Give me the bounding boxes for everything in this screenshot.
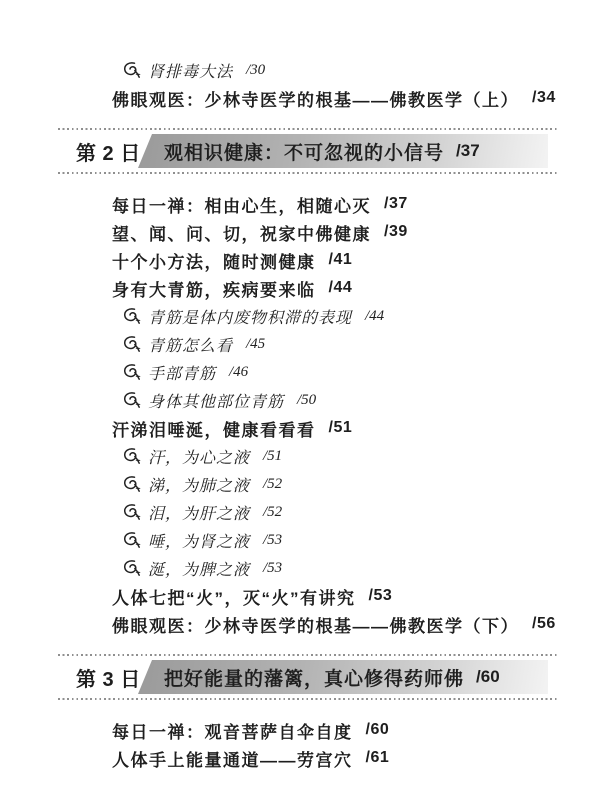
swirl-flower-icon	[122, 447, 144, 465]
sub-entry-title: 汗，为心之液	[148, 445, 250, 468]
entry-title: 汗涕泪唾涎，健康看看看	[112, 416, 316, 441]
toc-entry: 人体手上能量通道——劳宫穴 /61	[112, 744, 600, 772]
toc-sub-entry: 唾，为肾之液 /53	[122, 526, 600, 554]
entry-page-number: /34	[532, 89, 556, 107]
toc-sub-entry: 青筋怎么看 /45	[122, 330, 600, 358]
section-header-body: 第 2 日 观相识健康：不可忽视的小信号 /37	[58, 134, 558, 168]
entry-page-number: /37	[384, 195, 408, 213]
section-day-label: 第 3 日	[58, 660, 138, 694]
sub-entry-page-number: /52	[263, 504, 282, 521]
entry-page-number: /41	[329, 251, 353, 269]
entry-page-number: /61	[366, 749, 390, 767]
swirl-flower-icon	[122, 475, 144, 493]
swirl-flower-icon	[122, 335, 144, 353]
toc-page: 肾排毒大法 /30 佛眼观医：少林寺医学的根基——佛教医学（上） /34 第 2…	[0, 0, 600, 800]
entry-page-number: /53	[369, 587, 393, 605]
entry-title: 望、闻、问、切，祝家中佛健康	[112, 220, 371, 245]
toc-sub-entry: 手部青筋 /46	[122, 358, 600, 386]
swirl-flower-icon	[122, 363, 144, 381]
entry-title: 每日一禅：观音菩萨自伞自度	[112, 718, 353, 743]
sub-entry-title: 唾，为肾之液	[148, 529, 250, 552]
entry-page-number: /51	[329, 419, 353, 437]
dotted-rule-top	[58, 128, 558, 130]
entry-page-number: /56	[532, 615, 556, 633]
sub-entry-page-number: /53	[263, 532, 282, 549]
sub-entry-page-number: /50	[297, 392, 316, 409]
sub-entry-page-number: /53	[263, 560, 282, 577]
dotted-rule-bottom	[58, 172, 558, 174]
sub-entry-title: 手部青筋	[148, 361, 216, 384]
swirl-flower-icon	[122, 531, 144, 549]
swirl-flower-icon	[122, 307, 144, 325]
entry-title: 十个小方法，随时测健康	[112, 248, 316, 273]
toc-entry: 望、闻、问、切，祝家中佛健康 /39	[112, 218, 600, 246]
swirl-flower-icon	[122, 503, 144, 521]
toc-entry: 汗涕泪唾涎，健康看看看 /51	[112, 414, 600, 442]
sub-entry-title: 青筋是体内废物积滞的表现	[148, 305, 352, 328]
sub-entry-page-number: /52	[263, 476, 282, 493]
entry-page-number: /60	[366, 721, 390, 739]
toc-entry: 人体七把“火”，灭“火”有讲究 /53	[112, 582, 600, 610]
sub-entry-page-number: /46	[229, 364, 248, 381]
entry-title: 佛眼观医：少林寺医学的根基——佛教医学（上）	[112, 86, 519, 111]
toc-list: 肾排毒大法 /30 佛眼观医：少林寺医学的根基——佛教医学（上） /34 第 2…	[0, 56, 600, 772]
sub-entry-title: 泪，为肝之液	[148, 501, 250, 524]
sub-entry-page-number: /44	[365, 308, 384, 325]
toc-sub-entry: 涎，为脾之液 /53	[122, 554, 600, 582]
sub-entry-title: 青筋怎么看	[148, 333, 233, 356]
section-header-body: 第 3 日 把好能量的藩篱，真心修得药师佛 /60	[58, 660, 558, 694]
sub-entry-title: 涕，为肺之液	[148, 473, 250, 496]
swirl-flower-icon	[122, 61, 144, 79]
section-title: 把好能量的藩篱，真心修得药师佛	[164, 664, 464, 691]
section-header: 第 2 日 观相识健康：不可忽视的小信号 /37	[58, 128, 558, 174]
section-title-band: 把好能量的藩篱，真心修得药师佛 /60	[138, 660, 548, 694]
section-title: 观相识健康：不可忽视的小信号	[164, 138, 444, 165]
toc-entry: 佛眼观医：少林寺医学的根基——佛教医学（下） /56	[112, 610, 600, 638]
toc-sub-entry: 肾排毒大法 /30	[122, 56, 600, 84]
toc-sub-entry: 涕，为肺之液 /52	[122, 470, 600, 498]
toc-entry: 身有大青筋，疾病要来临 /44	[112, 274, 600, 302]
sub-entry-title: 涎，为脾之液	[148, 557, 250, 580]
section-page-number: /60	[476, 667, 500, 687]
toc-sub-entry: 身体其他部位青筋 /50	[122, 386, 600, 414]
sub-entry-page-number: /51	[263, 448, 282, 465]
toc-entry: 每日一禅：相由心生，相随心灭 /37	[112, 190, 600, 218]
entry-title: 人体手上能量通道——劳宫穴	[112, 746, 353, 771]
toc-entry: 十个小方法，随时测健康 /41	[112, 246, 600, 274]
toc-entry: 佛眼观医：少林寺医学的根基——佛教医学（上） /34	[112, 84, 600, 112]
sub-entry-page-number: /45	[246, 336, 265, 353]
swirl-flower-icon	[122, 391, 144, 409]
entry-page-number: /39	[384, 223, 408, 241]
entry-title: 佛眼观医：少林寺医学的根基——佛教医学（下）	[112, 612, 519, 637]
entry-title: 每日一禅：相由心生，相随心灭	[112, 192, 371, 217]
section-day-label: 第 2 日	[58, 134, 138, 168]
section-page-number: /37	[456, 141, 480, 161]
toc-sub-entry: 泪，为肝之液 /52	[122, 498, 600, 526]
toc-sub-entry: 汗，为心之液 /51	[122, 442, 600, 470]
entry-title: 身有大青筋，疾病要来临	[112, 276, 316, 301]
sub-entry-title: 肾排毒大法	[148, 59, 233, 82]
section-title-band: 观相识健康：不可忽视的小信号 /37	[138, 134, 548, 168]
toc-sub-entry: 青筋是体内废物积滞的表现 /44	[122, 302, 600, 330]
dotted-rule-bottom	[58, 698, 558, 700]
sub-entry-page-number: /30	[246, 62, 265, 79]
swirl-flower-icon	[122, 559, 144, 577]
sub-entry-title: 身体其他部位青筋	[148, 389, 284, 412]
toc-entry: 每日一禅：观音菩萨自伞自度 /60	[112, 716, 600, 744]
dotted-rule-top	[58, 654, 558, 656]
section-header: 第 3 日 把好能量的藩篱，真心修得药师佛 /60	[58, 654, 558, 700]
entry-page-number: /44	[329, 279, 353, 297]
entry-title: 人体七把“火”，灭“火”有讲究	[112, 584, 356, 609]
